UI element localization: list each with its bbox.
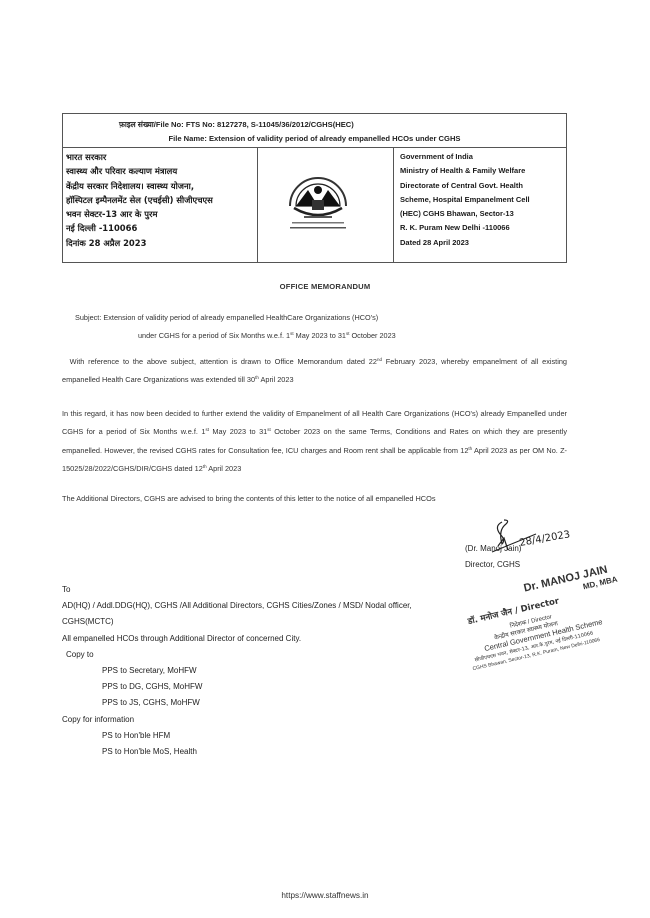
subject-line-2: under CGHS for a period of Six Months w.… [75,326,396,344]
copy-to-label: Copy to [62,647,412,663]
copy-to-item: PPS to Secretary, MoHFW [62,663,412,679]
to-item: All empanelled HCOs through Additional D… [62,631,412,647]
hindi-address-line: स्वास्थ्य और परिवार कल्याण मंत्रालय [66,164,257,178]
hindi-address-line: भारत सरकार [66,150,257,164]
hindi-address-block: भारत सरकार स्वास्थ्य और परिवार कल्याण मं… [63,148,258,263]
signature-block: (Dr. Manoj Jain) Director, CGHS [465,541,521,573]
cghs-emblem-icon [278,170,358,232]
to-item: CGHS(MCTC) [62,614,412,630]
copy-info-item: PS to Hon'ble MoS, Health [62,744,412,760]
subject-line-1: Extension of validity period of already … [103,313,378,322]
signature-date: 28/4/2023 [519,529,571,549]
distribution-list: To AD(HQ) / Addl.DDG(HQ), CGHS /All Addi… [62,582,412,760]
paragraph-advice: The Additional Directors, CGHS are advis… [62,491,567,507]
subject-label: Subject: [75,313,101,322]
english-address-line: R. K. Puram New Delhi -110066 [400,221,568,235]
hindi-address-line: नई दिल्ली -110066 [66,221,257,235]
letterhead-table: फ़ाइल संख्या/File No: FTS No: 8127278, S… [62,113,567,263]
file-info-row: फ़ाइल संख्या/File No: FTS No: 8127278, S… [63,114,566,148]
hindi-address-line: हॉस्पिटल इम्पैनलमेंट सेल (एचईसी) सीजीएचए… [66,193,257,207]
english-address-line: Scheme, Hospital Empanelment Cell [400,193,568,207]
file-name: File Name: Extension of validity period … [63,134,566,143]
english-address-line: Ministry of Health & Family Welfare [400,164,568,178]
official-stamp: Dr. MANOJ JAIN MD, MBA डॉ. मनोज जैन / Di… [433,559,647,687]
english-address-block: Government of India Ministry of Health &… [393,148,568,263]
copy-info-item: PS to Hon'ble HFM [62,728,412,744]
footer-url: https://www.staffnews.in [0,891,650,900]
signatory-name: (Dr. Manoj Jain) [465,541,521,557]
file-number: फ़ाइल संख्या/File No: FTS No: 8127278, S… [119,120,354,130]
english-date: Dated 28 April 2023 [400,236,568,250]
signatory-designation: Director, CGHS [465,557,521,573]
hindi-address-line: भवन सेक्टर-13 आर के पुरम [66,207,257,221]
emblem-cell [258,148,393,263]
copy-to-item: PPS to JS, CGHS, MoHFW [62,695,412,711]
memo-subject: Subject: Extension of validity period of… [75,310,396,344]
english-address-line: (HEC) CGHS Bhawan, Sector-13 [400,207,568,221]
to-label: To [62,582,412,598]
paragraph-extension: In this regard, it has now been decided … [62,406,567,478]
memo-title: OFFICE MEMORANDUM [0,282,650,291]
office-memorandum-page: फ़ाइल संख्या/File No: FTS No: 8127278, S… [0,0,650,918]
copy-to-item: PPS to DG, CGHS, MoHFW [62,679,412,695]
english-address-line: Government of India [400,150,568,164]
paragraph-reference: With reference to the above subject, att… [62,352,567,389]
copy-info-label: Copy for information [62,712,412,728]
english-address-line: Directorate of Central Govt. Health [400,179,568,193]
hindi-date: दिनांक 28 अप्रैल 2023 [66,236,257,250]
to-item: AD(HQ) / Addl.DDG(HQ), CGHS /All Additio… [62,598,412,614]
hindi-address-line: केंद्रीय सरकार निदेशालय। स्वास्थ्य योजना… [66,179,257,193]
